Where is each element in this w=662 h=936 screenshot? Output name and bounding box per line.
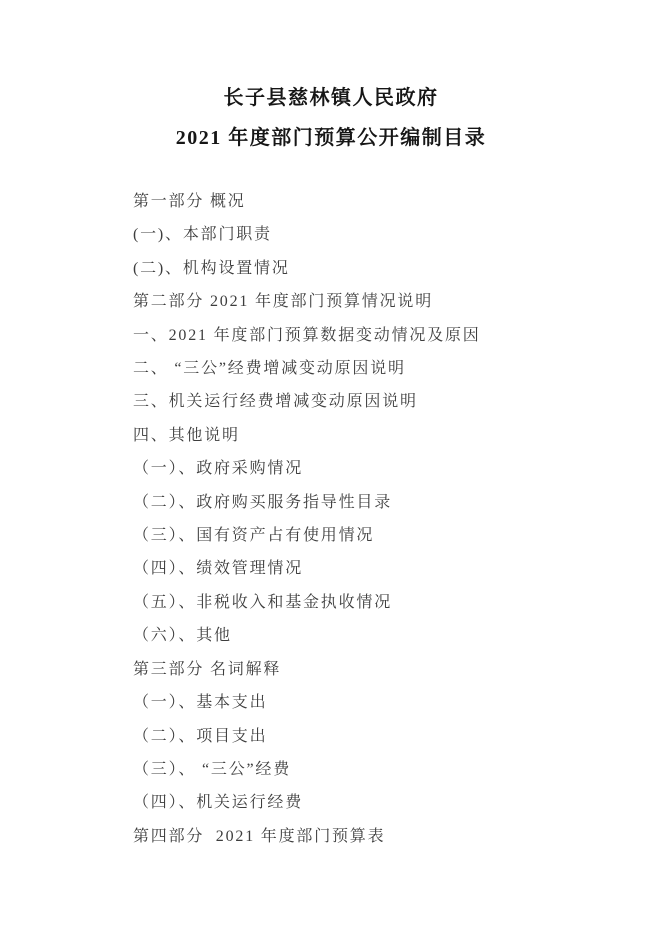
toc-line-part3-item2: （二）、项目支出 — [133, 720, 622, 753]
toc-line-part2-item4-sub4: （四）、绩效管理情况 — [133, 552, 622, 585]
toc-line-part2-item4-sub5: （五）、非税收入和基金执收情况 — [133, 586, 622, 619]
toc-line-part2-item4-sub2: （二）、政府购买服务指导性目录 — [133, 486, 622, 519]
document-page: 长子县慈林镇人民政府 2021 年度部门预算公开编制目录 第一部分 概况 (一)… — [0, 0, 662, 936]
toc-line-part2-item4-sub1: （一）、政府采购情况 — [133, 452, 622, 485]
toc-line-part2-item1: 一、2021 年度部门预算数据变动情况及原因 — [133, 319, 622, 352]
document-header: 长子县慈林镇人民政府 2021 年度部门预算公开编制目录 — [0, 0, 662, 158]
toc-line-part3-item3: （三）、 “三公”经费 — [133, 753, 622, 786]
toc-line-part1-item1: (一)、本部门职责 — [133, 218, 622, 251]
toc-line-part2-item4: 四、其他说明 — [133, 419, 622, 452]
toc-line-part2-item4-sub6: （六）、其他 — [133, 619, 622, 652]
toc-line-part3-item4: （四）、机关运行经费 — [133, 786, 622, 819]
document-title-line-1: 长子县慈林镇人民政府 — [0, 78, 662, 118]
toc-line-part1-item2: (二)、机构设置情况 — [133, 252, 622, 285]
table-of-contents: 第一部分 概况 (一)、本部门职责 (二)、机构设置情况 第二部分 2021 年… — [133, 185, 622, 853]
toc-line-part2-item2: 二、 “三公”经费增减变动原因说明 — [133, 352, 622, 385]
toc-line-part2-heading: 第二部分 2021 年度部门预算情况说明 — [133, 285, 622, 318]
toc-line-part2-item3: 三、机关运行经费增减变动原因说明 — [133, 385, 622, 418]
toc-line-part3-item1: （一）、基本支出 — [133, 686, 622, 719]
toc-line-part1-heading: 第一部分 概况 — [133, 185, 622, 218]
toc-line-part2-item4-sub3: （三）、国有资产占有使用情况 — [133, 519, 622, 552]
toc-line-part4-heading: 第四部分 2021 年度部门预算表 — [133, 820, 622, 853]
document-title-line-2: 2021 年度部门预算公开编制目录 — [0, 118, 662, 158]
toc-line-part3-heading: 第三部分 名词解释 — [133, 653, 622, 686]
